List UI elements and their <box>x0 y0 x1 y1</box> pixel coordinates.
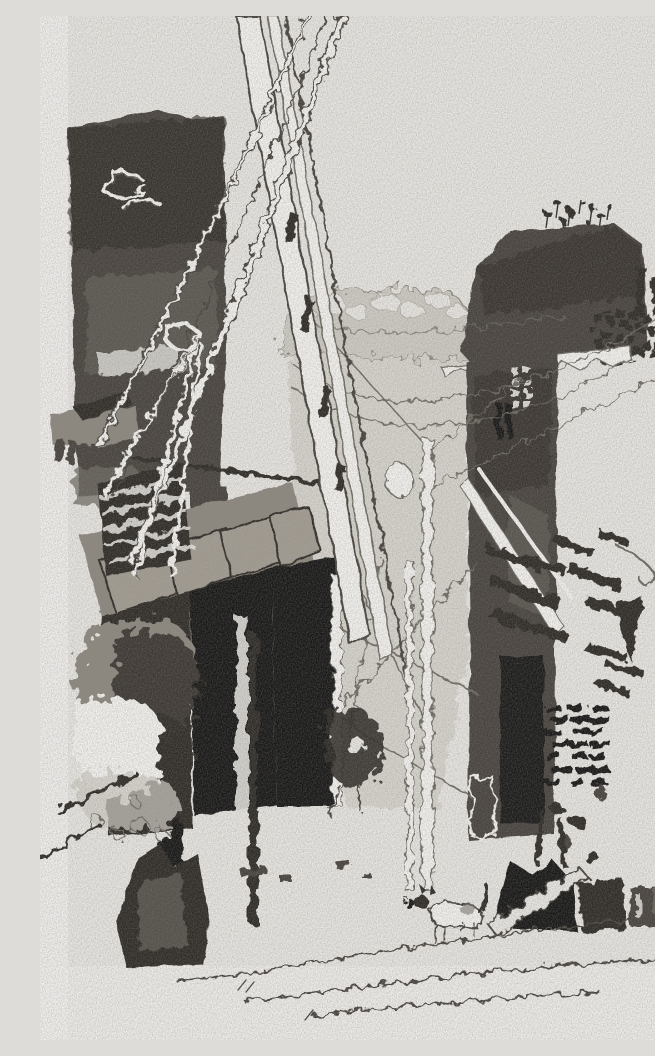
print-canvas: Monochrome woodblock-style print of a na… <box>40 16 655 1040</box>
paper-grain <box>40 16 655 1040</box>
print-artwork: Monochrome woodblock-style print of a na… <box>40 16 655 1040</box>
